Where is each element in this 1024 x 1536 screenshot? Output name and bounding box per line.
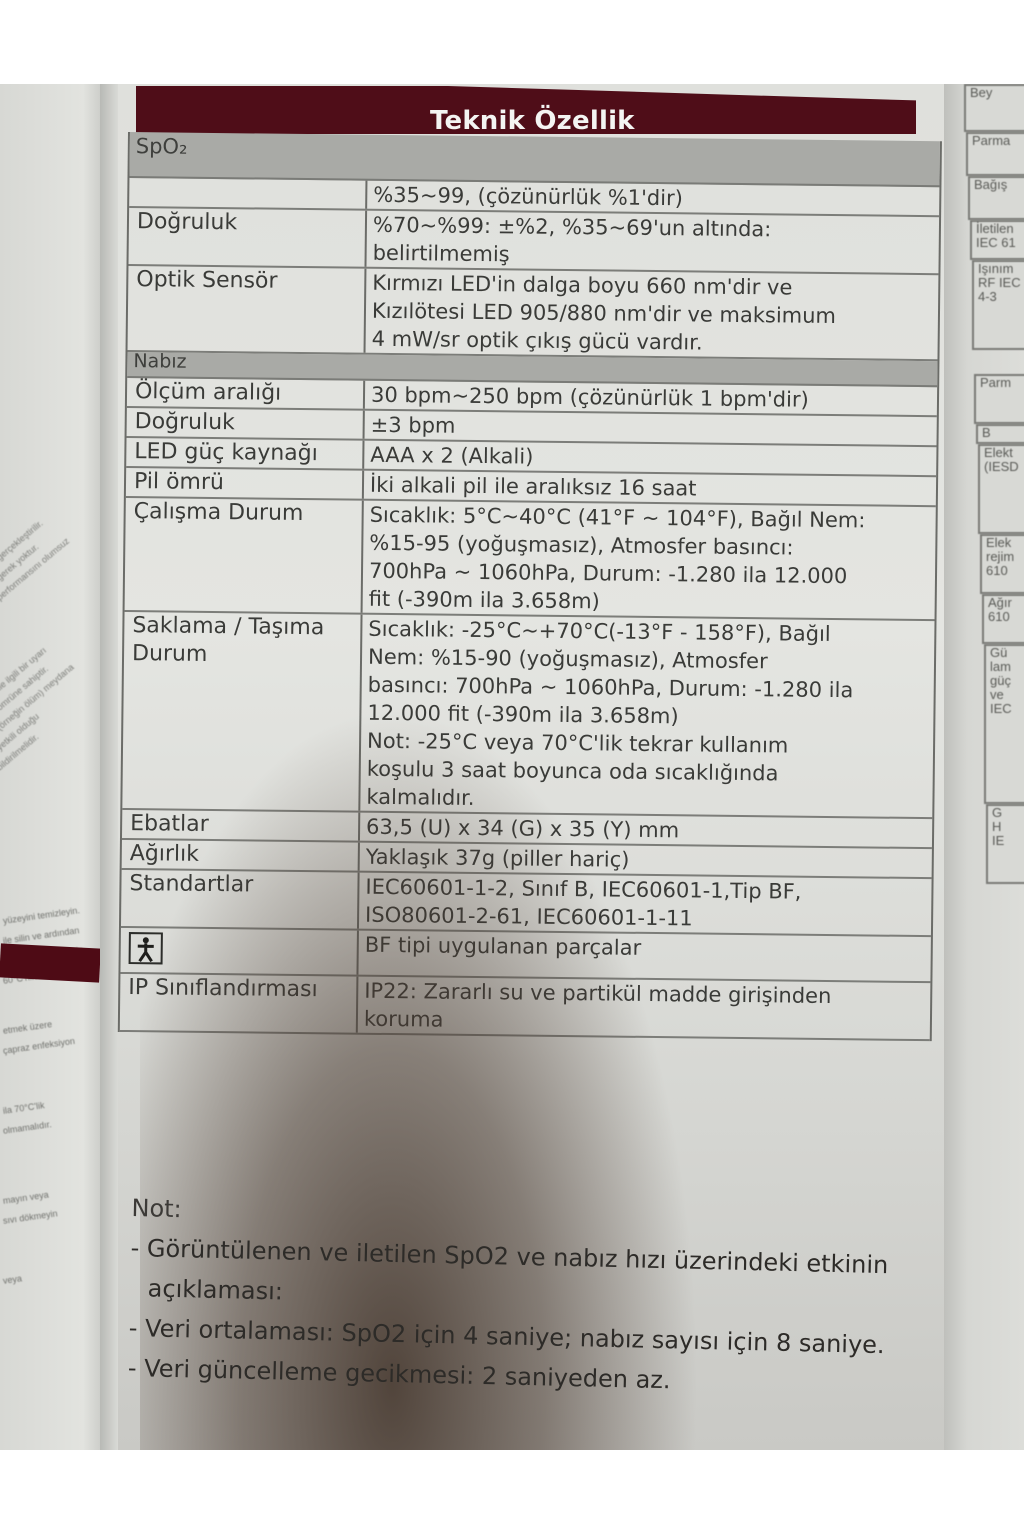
adjacent-page-cell: Bey [964, 84, 1024, 132]
table-row: Doğruluk%70~%99: ±%2, %35~69'un altında:… [128, 208, 939, 275]
table-row: Çalışma DurumSıcaklık: 5°C~40°C (41°F ~ … [125, 498, 936, 621]
spec-label: Optik Sensör [128, 266, 367, 353]
spec-value: Sıcaklık: 5°C~40°C (41°F ~ 104°F), Bağıl… [363, 501, 936, 619]
spec-value: AAA x 2 (Alkali) [364, 441, 936, 475]
spec-value: İki alkali pil ile aralıksız 16 saat [364, 471, 936, 505]
adjacent-page-cell: İletilen IEC 61 [970, 220, 1024, 260]
spec-value: Sıcaklık: -25°C~+70°C(-13°F - 158°F), Ba… [360, 615, 934, 817]
spec-label: Ölçüm aralığı [127, 378, 365, 409]
bottom-margin [0, 1450, 1024, 1536]
adjacent-page-cell: Parm [974, 374, 1024, 424]
right-adjacent-page: BeyParmaBağışİletilen IEC 61Işınım RF IE… [944, 84, 1024, 1450]
spec-value: BF tipi uygulanan parçalar [358, 931, 930, 981]
document-photo: gerçekleştirilir.gerek yoktur.performans… [0, 84, 1024, 1450]
adjacent-page-cell: Işınım RF IEC 4-3 [972, 260, 1024, 350]
adjacent-page-cell: Gü lam güç ve IEC [984, 644, 1024, 804]
adjacent-page-cell: G H IE [986, 804, 1024, 884]
adjacent-page-cell: Elekt (IESD [978, 444, 1024, 534]
spec-label: Ebatlar [122, 810, 360, 841]
spec-label: IP Sınıflandırması [120, 974, 359, 1033]
spec-label: Ağırlık [122, 840, 360, 871]
spec-label: Pil ömrü [126, 468, 364, 499]
spec-label: Saklama / Taşıma Durum [122, 612, 362, 811]
section-title: Nabız [133, 350, 186, 373]
spec-label [120, 928, 358, 975]
table-row: Saklama / Taşıma DurumSıcaklık: -25°C~+7… [122, 612, 934, 819]
spec-value: IEC60601-1-2, Sınıf B, IEC60601-1,Tip BF… [359, 873, 932, 935]
table-row: StandartlarIEC60601-1-2, Sınıf B, IEC606… [121, 870, 932, 937]
spec-value: Kırmızı LED'in dalga boyu 660 nm'dir ve … [366, 269, 939, 359]
spec-label: Doğruluk [127, 408, 365, 439]
spec-value: IP22: Zararlı su ve partikül madde giriş… [358, 977, 931, 1039]
table-row: IP SınıflandırmasıIP22: Zararlı su ve pa… [120, 974, 931, 1041]
spec-table: SpO₂Ölçüm aralığı%35~99, (çözünürlük %1'… [118, 132, 942, 1041]
spec-value: ±3 bpm [365, 411, 937, 445]
adjacent-page-cell: Elek rejim 610 [980, 534, 1024, 594]
table-row: Optik SensörKırmızı LED'in dalga boyu 66… [128, 266, 939, 361]
bf-type-applied-part-icon [129, 932, 163, 964]
spec-value: %70~%99: ±%2, %35~69'un altında: belirti… [366, 211, 939, 273]
section-header: SpO₂ [129, 132, 939, 187]
left-adjacent-page: gerçekleştirilir.gerek yoktur.performans… [0, 84, 104, 1450]
adjacent-page-cell: B [976, 424, 1024, 444]
spec-label: Doğruluk [129, 208, 368, 267]
section-title: SpO₂ [136, 134, 188, 159]
spec-label: Çalışma Durum [125, 498, 364, 613]
adjacent-page-cell: Bağış [968, 176, 1024, 220]
adjacent-page-banner [0, 943, 101, 982]
adjacent-page-cell: Ağır 610 [982, 594, 1024, 644]
spec-value: 63,5 (U) x 34 (G) x 35 (Y) mm [360, 813, 932, 847]
spec-label: Standartlar [121, 870, 360, 929]
spec-value: Yaklaşık 37g (piller hariç) [360, 843, 932, 877]
adjacent-page-cell: Parma [966, 132, 1024, 176]
adjacent-page-text: veya [2, 1259, 104, 1288]
spec-label: LED güç kaynağı [126, 438, 364, 469]
page-title: Teknik Özellik [430, 106, 635, 136]
notes-section: Not: - Görüntülenen ve iletilen SpO2 ve … [127, 1188, 1011, 1408]
